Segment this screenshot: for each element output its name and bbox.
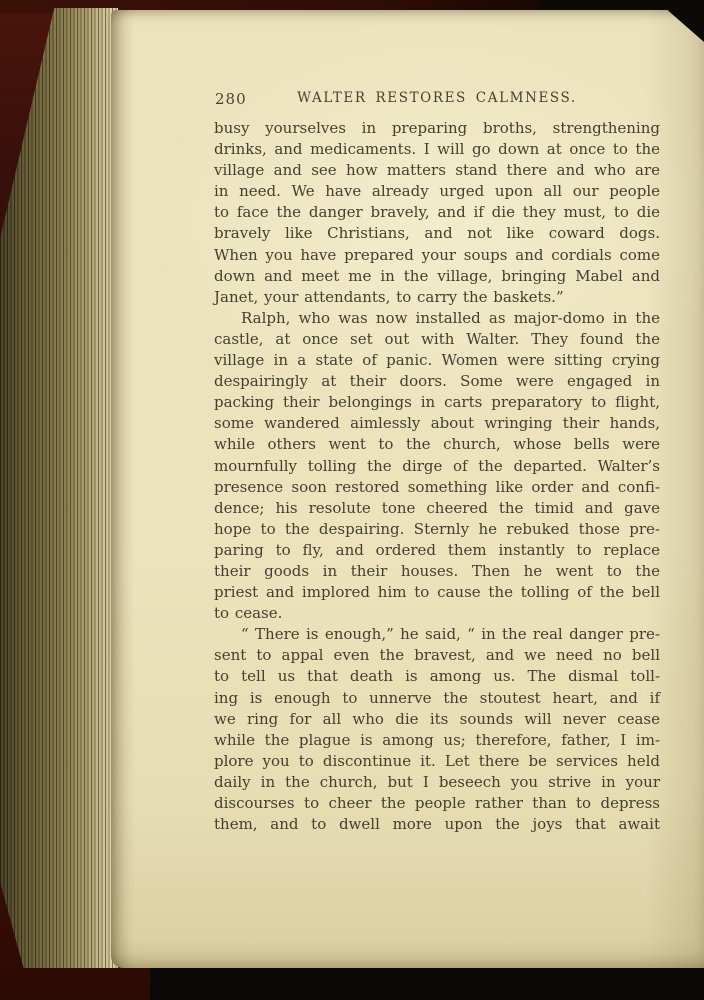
page-body: busy yourselves in preparing broths, str… [214,118,660,835]
text-line: village in a state of panic. Women were … [214,350,660,371]
text-line: while the plague is among us; therefore,… [214,730,660,751]
text-line: them, and to dwell more upon the joys th… [214,814,660,835]
text-line: plore you to discontinue it. Let there b… [214,751,660,772]
text-line: to tell us that death is among us. The d… [214,666,660,687]
text-line: priest and implored him to cause the tol… [214,582,660,603]
text-line: discourses to cheer the people rather th… [214,793,660,814]
text-line: Janet, your attendants, to carry the bas… [214,287,660,308]
text-line: in need. We have already urged upon all … [214,181,660,202]
text-line: daily in the church, but I beseech you s… [214,772,660,793]
text-line: ing is enough to unnerve the stoutest he… [214,688,660,709]
text-line: paring to fly, and ordered them instantl… [214,540,660,561]
text-line: castle, at once set out with Walter. The… [214,329,660,350]
text-line: When you have prepared your soups and co… [214,245,660,266]
book-photo: 280 WALTER RESTORES CALMNESS. busy yours… [0,0,704,1000]
text-line: village and see how matters stand there … [214,160,660,181]
text-line: “ There is enough,” he said, “ in the re… [214,624,660,645]
text-line: mournfully tolling the dirge of the depa… [214,456,660,477]
book-page: 280 WALTER RESTORES CALMNESS. busy yours… [111,10,704,968]
text-line: presence soon restored something like or… [214,477,660,498]
text-line: while others went to the church, whose b… [214,434,660,455]
running-header-title: WALTER RESTORES CALMNESS. [214,90,660,106]
paragraph: “ There is enough,” he said, “ in the re… [214,624,660,835]
paragraph: busy yourselves in preparing broths, str… [214,118,660,308]
text-line: Ralph, who was now installed as major-do… [214,308,660,329]
text-line: packing their belongings in carts prepar… [214,392,660,413]
text-line: bravely like Christians, and not like co… [214,223,660,244]
text-line: dence; his resolute tone cheered the tim… [214,498,660,519]
running-header: 280 WALTER RESTORES CALMNESS. [214,90,660,108]
text-line: to face the danger bravely, and if die t… [214,202,660,223]
paragraph: Ralph, who was now installed as major-do… [214,308,660,624]
text-line: drinks, and medicaments. I will go down … [214,139,660,160]
text-line: busy yourselves in preparing broths, str… [214,118,660,139]
text-line: sent to appal even the bravest, and we n… [214,645,660,666]
text-line: down and meet me in the village, bringin… [214,266,660,287]
page-content: 280 WALTER RESTORES CALMNESS. busy yours… [214,90,660,835]
page-number: 280 [215,90,247,108]
text-line: their goods in their houses. Then he wen… [214,561,660,582]
text-line: we ring for all who die its sounds will … [214,709,660,730]
text-line: some wandered aimlessly about wringing t… [214,413,660,434]
text-line: hope to the despairing. Sternly he rebuk… [214,519,660,540]
text-line: despairingly at their doors. Some were e… [214,371,660,392]
text-line: to cease. [214,603,660,624]
